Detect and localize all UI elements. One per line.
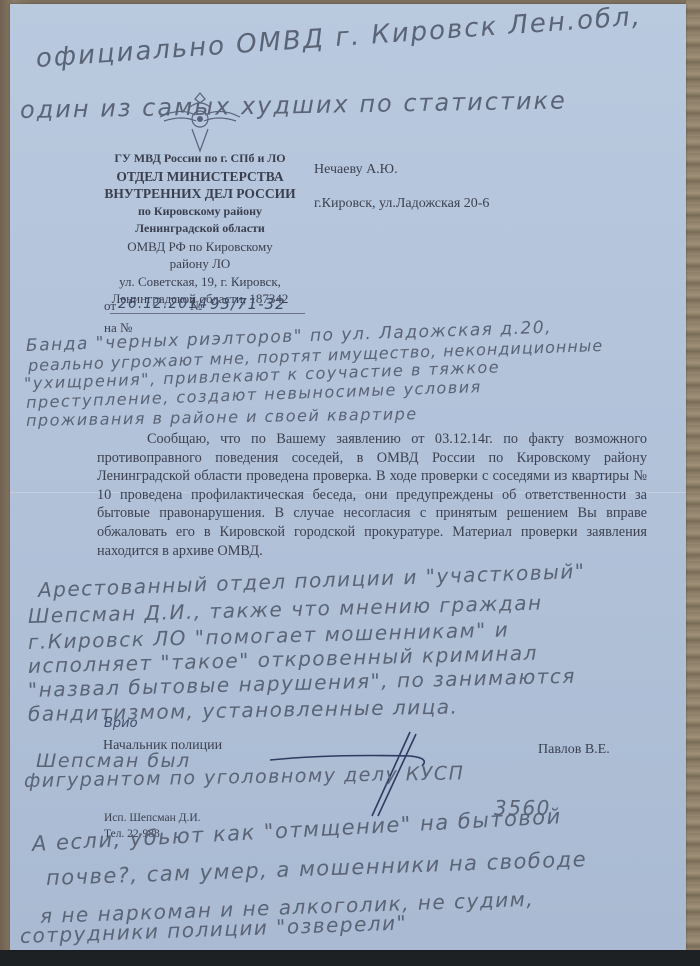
- date-prefix: от: [104, 298, 116, 314]
- letter-body: Сообщаю, что по Вашему заявлению от 03.1…: [97, 430, 647, 560]
- executor-name: Исп. Шепсман Д.И.: [104, 812, 201, 824]
- date-underline: [110, 313, 305, 314]
- wood-table-edge: [686, 0, 700, 966]
- table-shadow: [0, 950, 700, 966]
- letterhead-short-name-2: району ЛО: [80, 255, 320, 273]
- acting-note: Врио: [104, 716, 138, 731]
- letterhead-district: по Кировскому району: [80, 203, 320, 221]
- mvd-emblem-icon: [150, 85, 250, 155]
- letterhead-dept-line1: ОТДЕЛ МИНИСТЕРСТВА: [80, 168, 320, 186]
- letterhead-address-1: ул. Советская, 19, г. Кировск,: [80, 273, 320, 291]
- addressee-address: г.Кировск, ул.Ладожская 20-6: [314, 196, 489, 212]
- addressee-name: Нечаеву А.Ю.: [314, 162, 398, 178]
- letterhead-dept-line2: ВНУТРЕННИХ ДЕЛ РОССИИ: [80, 185, 320, 203]
- letterhead-short-name-1: ОМВД РФ по Кировскому: [80, 238, 320, 256]
- letterhead-region: Ленинградской области: [80, 220, 320, 238]
- signatory-name: Павлов В.Е.: [538, 742, 610, 758]
- letterhead: ГУ МВД России по г. СПб и ЛО ОТДЕЛ МИНИС…: [80, 150, 320, 308]
- number-value: 93/71-32: [210, 295, 286, 313]
- body-paragraph: Сообщаю, что по Вашему заявлению от 03.1…: [97, 430, 647, 560]
- letterhead-parent-agency: ГУ МВД России по г. СПб и ЛО: [80, 150, 320, 168]
- number-prefix: №: [190, 298, 202, 314]
